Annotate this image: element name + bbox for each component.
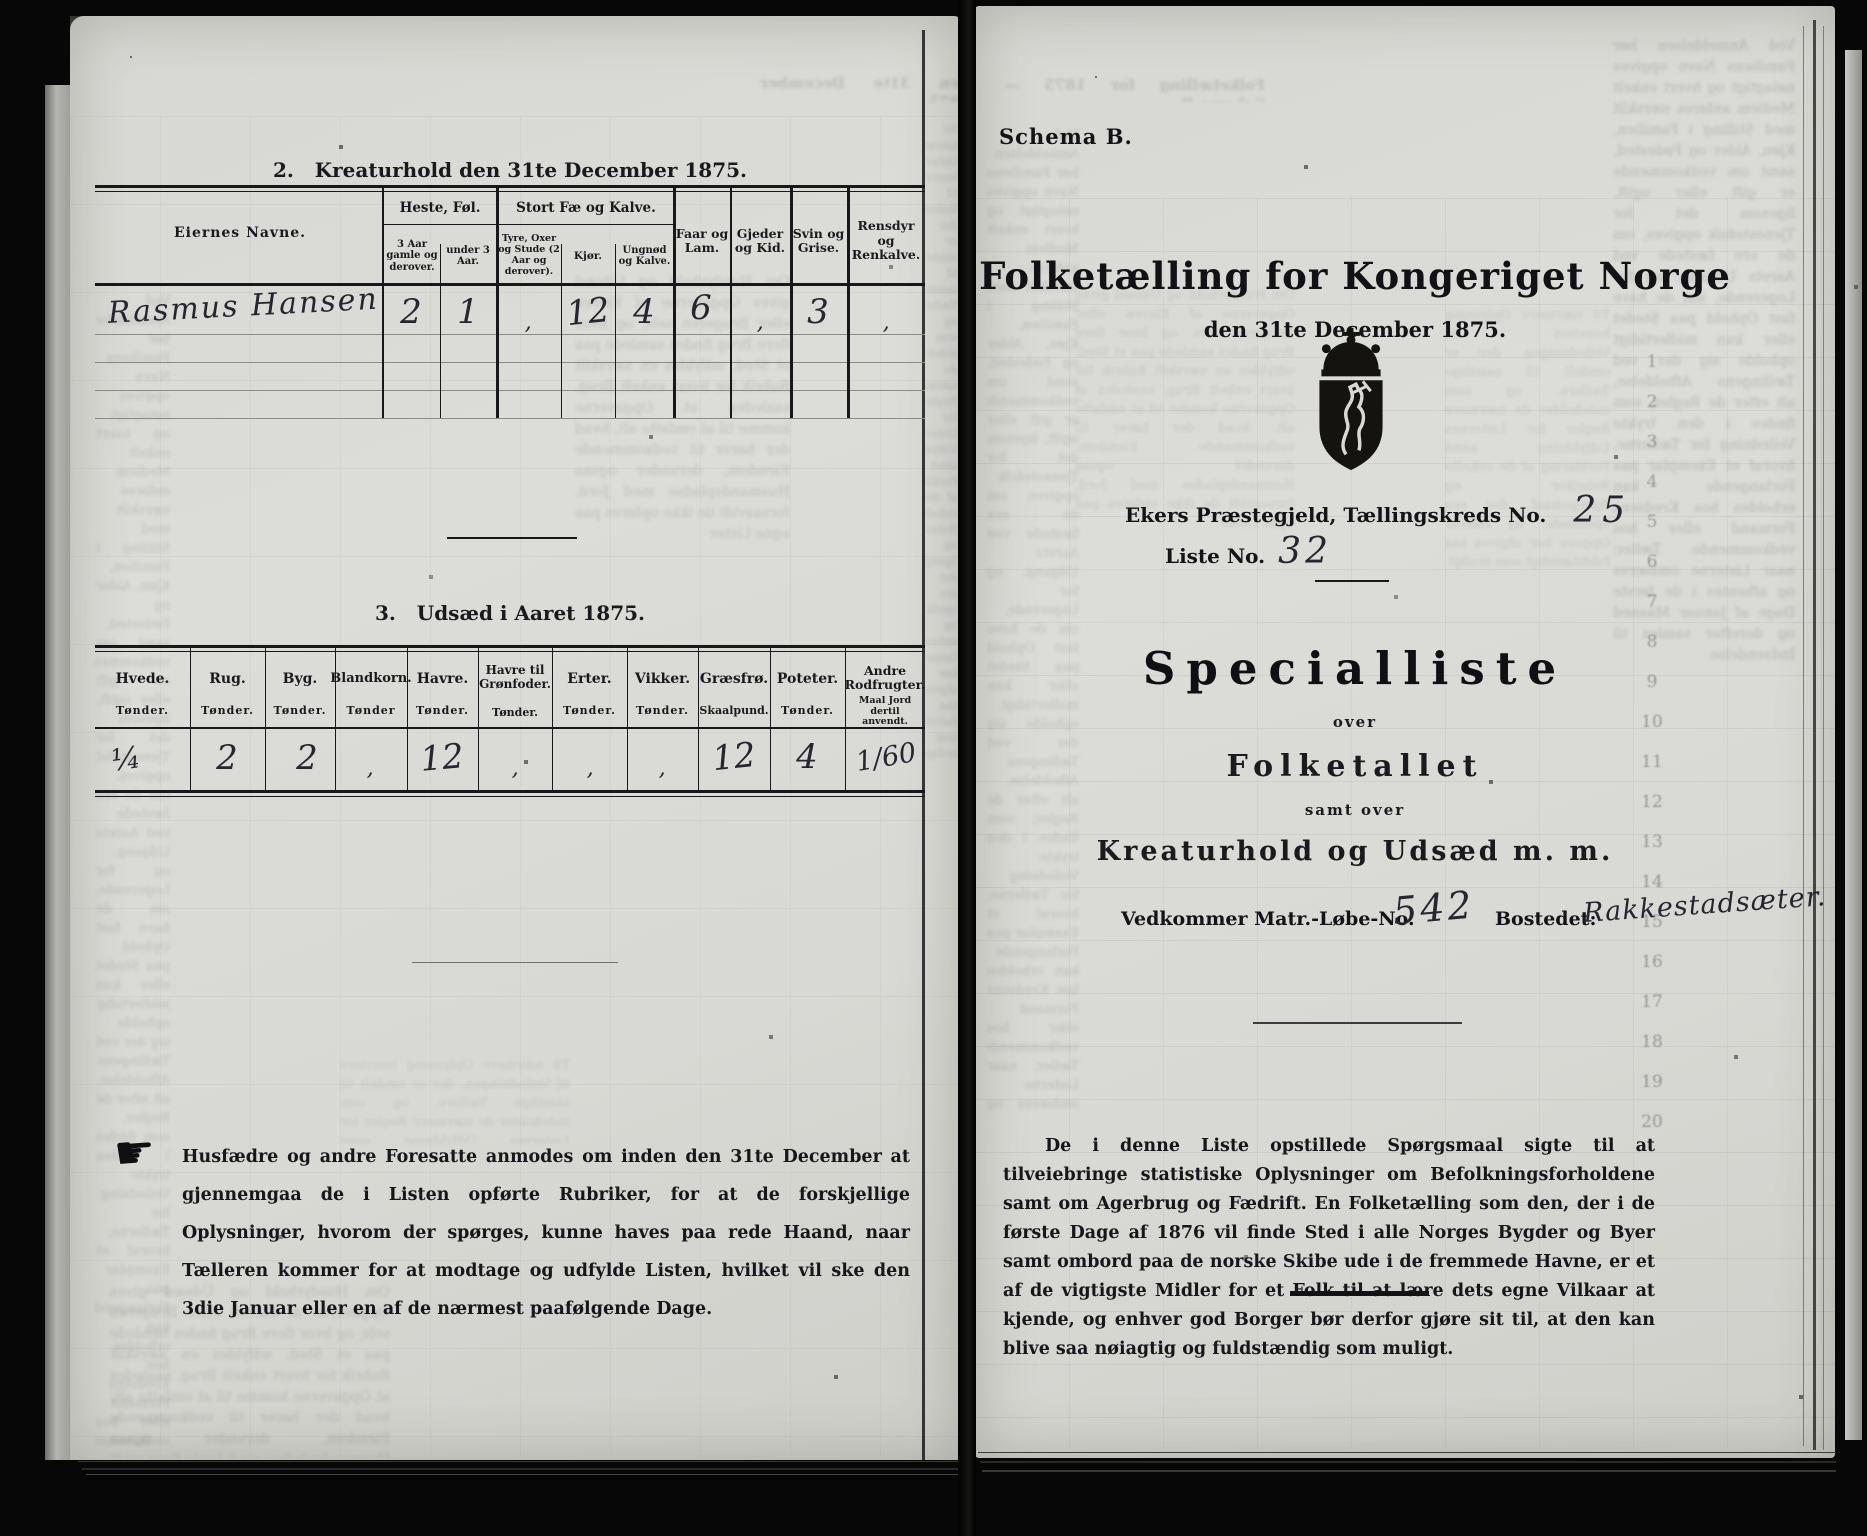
liste-label: Liste No. [1165, 544, 1265, 568]
left-page-bottom-edge-2 [82, 1468, 958, 1470]
table3-header-poteter: Poteter. [772, 662, 843, 696]
mid-separator-rule [1253, 1022, 1462, 1024]
ghost-text-mid-column: Om Husdyrhold og Udsæd gives Opgaverne a… [575, 272, 790, 772]
table3-header-gronfoder-label: Havre til Grønfoder. [479, 664, 551, 692]
right-page-crease-1 [1803, 26, 1804, 1446]
ghost-text-top-date: den 31te December 1875 [760, 74, 970, 102]
table2-sub-ungnod: Ungnød og Kalve. [617, 234, 672, 278]
table3-vline-9 [770, 648, 771, 790]
table3-vline-1 [190, 648, 191, 790]
table3-unit-9: Tønder. [772, 702, 843, 720]
table2-group-underline [382, 224, 673, 225]
ghost-row-numbers: 1 2 3 4 5 6 7 8 9 10 11 12 13 14 15 16 1… [1635, 342, 1669, 1142]
table3-header-poteter-label: Poteter. [777, 671, 838, 687]
table3-header-hvede: Hvede. [97, 662, 188, 696]
table3-vline-8 [698, 648, 699, 790]
schema-label: Schema B. [999, 124, 1133, 149]
specialliste-kreaturhold: Kreaturhold og Udsæd m. m. [975, 834, 1735, 868]
scanned-census-spread: Ved Anmeldelsen bør Familiens Navn opgiv… [0, 0, 1867, 1536]
table2-sub-3aar: 3 Aar gamle og derover. [384, 234, 440, 278]
table2-value-gjeder: ‚ [738, 302, 782, 342]
table3-header-vikker: Vikker. [629, 662, 696, 696]
table3-unit-6: Tønder. [554, 702, 625, 720]
info-paragraph: De i denne Liste opstillede Spørgsmaal s… [1003, 1132, 1655, 1364]
table2-row-rule-2 [95, 362, 925, 363]
table2-value-kjor: 12 [563, 284, 612, 340]
table3-header-erter: Erter. [554, 662, 625, 696]
table3-value-gronfoder: ‚ [493, 750, 537, 786]
table2-value-heste-3aar: 2 [389, 286, 433, 338]
table2-owner-header: Eiernes Navne. [125, 222, 355, 244]
table3-unit-2: Tønder. [267, 702, 333, 720]
table3-unit-4: Tønder. [409, 702, 476, 720]
bottom-separator-rule [1290, 1291, 1429, 1296]
district-number-handwritten: 25 [1573, 490, 1631, 531]
matr-number-handwritten: 542 [1391, 883, 1476, 934]
table3-top-rule2 [95, 651, 925, 652]
table2-value-heste-under3: 1 [446, 286, 490, 338]
table3-header-blandkorn: Blandkorn. [337, 662, 405, 696]
table3-value-poteter: 4 [785, 728, 829, 786]
district-line: Ekers Præstegjeld, Tællingskreds No. 25 … [1125, 490, 1685, 540]
page-stack-edge-left [45, 85, 73, 1460]
table3-value-byg: 2 [285, 730, 329, 786]
table2-top-rule [95, 185, 925, 188]
left-page: Ved Anmeldelsen bør Familiens Navn opgiv… [70, 16, 960, 1460]
notice-paragraph: Husfædre og andre Foresatte anmodes om i… [182, 1138, 910, 1328]
table3-value-graesfro: 12 [709, 726, 759, 788]
table3-value-hvede: ¼ [96, 729, 155, 790]
liste-number-handwritten: 32 [1278, 531, 1332, 572]
ghost-text-right-margin: Til nærmere Oplysning henvises til Veile… [926, 122, 958, 762]
specialliste-over: over [975, 712, 1735, 732]
manicule-icon: ☛ [112, 1122, 186, 1183]
ghost-text-behind-title-right: Til nærmere Oplysning henvises til Veile… [1445, 306, 1610, 636]
separator-rule-mid [447, 537, 577, 539]
table3-value-erter: ‚ [568, 750, 612, 786]
coat-of-arms-norway [1305, 328, 1397, 476]
table3-header-rodfrugter-label: Andre Rodfrugter. [845, 664, 926, 693]
table3-header-rug-label: Rug. [209, 671, 245, 687]
table3-vline-7 [627, 648, 628, 790]
matr-label: Vedkommer Matr.-Løbe-No. [1121, 908, 1415, 930]
table2-col-rensdyr: Rensdyr og Renkalve. [849, 212, 923, 270]
table3-header-rug: Rug. [192, 662, 263, 696]
table3-unit-5: Tønder. [480, 704, 550, 722]
table3-bottom-rule2 [95, 796, 925, 797]
table3-header-graesfro-label: Græsfrø. [700, 671, 768, 687]
table2-sub-under3: under 3 Aar. [441, 234, 495, 278]
page-title: Folketælling for Kongeriget Norge [975, 254, 1735, 298]
table2-col-faar: Faar og Lam. [675, 216, 729, 266]
table2-value-rensdyr: ‚ [864, 302, 908, 342]
table3-header-byg: Byg. [267, 662, 333, 696]
ghost-text-left-margin: Ved Anmeldelsen bør Familiens Navn opgiv… [96, 292, 170, 1452]
bosted-label: Bostedet: [1495, 908, 1596, 930]
table3-value-vikker: ‚ [640, 750, 684, 786]
specialliste-heading: Specialliste [975, 642, 1735, 694]
table2-sub-tyre: Tyre, Oxer og Stude (2 Aar og derover). [498, 230, 560, 282]
table3-header-rodfrugter: Andre Rodfrugter. [847, 656, 923, 700]
right-page-crease-2 [1813, 20, 1816, 1450]
table3-value-rug: 2 [205, 730, 249, 786]
district-prefix-label: Ekers Præstegjeld, Tællingskreds No. [1125, 503, 1546, 527]
left-page-bottom-edge-3 [86, 1474, 958, 1475]
table3-unit-0: Tønder. [97, 702, 188, 720]
table2-title: 2. Kreaturhold den 31te December 1875. [270, 156, 750, 184]
table3-vline-4 [407, 648, 408, 790]
table2-row-rule-3 [95, 390, 925, 391]
table3-header-graesfro2: Græsfrø. [700, 662, 768, 696]
table3-title: 3. Udsæd i Aaret 1875. [310, 600, 710, 626]
table3-header-vikker-label: Vikker. [635, 671, 690, 687]
table3-bottom-rule [95, 790, 925, 793]
table3-header-gronfoder: Havre til Grønfoder. [480, 656, 550, 700]
ghost-text-top-fragment: Folketælling for 1875 — Schema B [1005, 76, 1265, 102]
right-page-bottom-edge-3 [982, 1470, 1836, 1472]
right-page: Ved Anmeldelsen bør Familiens Navn opgiv… [975, 6, 1835, 1458]
table3-value-havre: 12 [418, 728, 467, 788]
right-page-crease-3 [1823, 26, 1824, 1450]
table2-group-stort: Stort Fæ og Kalve. [499, 198, 673, 220]
table2-top-rule2 [95, 191, 925, 192]
specialliste-samt-over: samt over [975, 800, 1735, 820]
table3-unit-3: Tønder [337, 702, 405, 720]
table2-col-svin: Svin og Grise. [792, 216, 845, 266]
ghost-text-bottom-mid: Til nærmere Oplysning henvises til Veile… [340, 1056, 570, 1144]
table2-value-svin: 3 [796, 286, 840, 338]
table3-header-havre: Havre. [409, 662, 476, 696]
table3-header-byg-label: Byg. [283, 671, 318, 687]
table3-unit-1: Tønder. [192, 702, 263, 720]
table2-value-faar: 6 [679, 282, 723, 334]
table3-unit-7: Tønder. [629, 702, 696, 720]
left-page-bottom-edge-1 [78, 1461, 958, 1462]
table3-top-rule [95, 645, 925, 648]
right-page-bottom-edge-2 [980, 1461, 1836, 1463]
table2-col-gjeder: Gjeder og Kid. [732, 216, 788, 266]
table3-header-hvede-label: Hvede. [116, 671, 170, 687]
table3-unit-10: Maal Jord dertil anvendt. [847, 700, 923, 724]
table2-sub-kjor: Kjør. [562, 234, 614, 278]
specialliste-folketallet: Folketallet [975, 748, 1735, 784]
paper-specks-left [130, 56, 132, 58]
table3-vline-2 [265, 648, 266, 790]
table2-row-rule-4 [95, 418, 925, 419]
table3-vline-6 [552, 648, 553, 790]
table2-group-heste: Heste, Føl. [384, 198, 496, 220]
table3-vline-3 [335, 648, 336, 790]
table3-unit-8: Skaalpund. [700, 702, 768, 720]
page-stack-edge-right [1845, 50, 1862, 1440]
table3-header-havre-label: Havre. [417, 671, 469, 687]
table3-value-rodfrugter: 1/60 [851, 723, 920, 791]
right-page-bottom-edge-1 [978, 1452, 1836, 1453]
separator-rule-low [412, 962, 618, 963]
table2-value-tyre: ‚ [506, 302, 550, 342]
table2-vline-kjor-ungnod [615, 244, 616, 418]
page-gutter [958, 0, 976, 1536]
table3-header-erter-label: Erter. [567, 671, 611, 687]
district-separator-rule [1315, 580, 1389, 582]
table3-value-blandkorn: ‚ [348, 750, 392, 786]
table2-value-ungnod: 4 [622, 286, 666, 338]
table3-header-blandkorn-label: Blandkorn. [330, 672, 411, 687]
